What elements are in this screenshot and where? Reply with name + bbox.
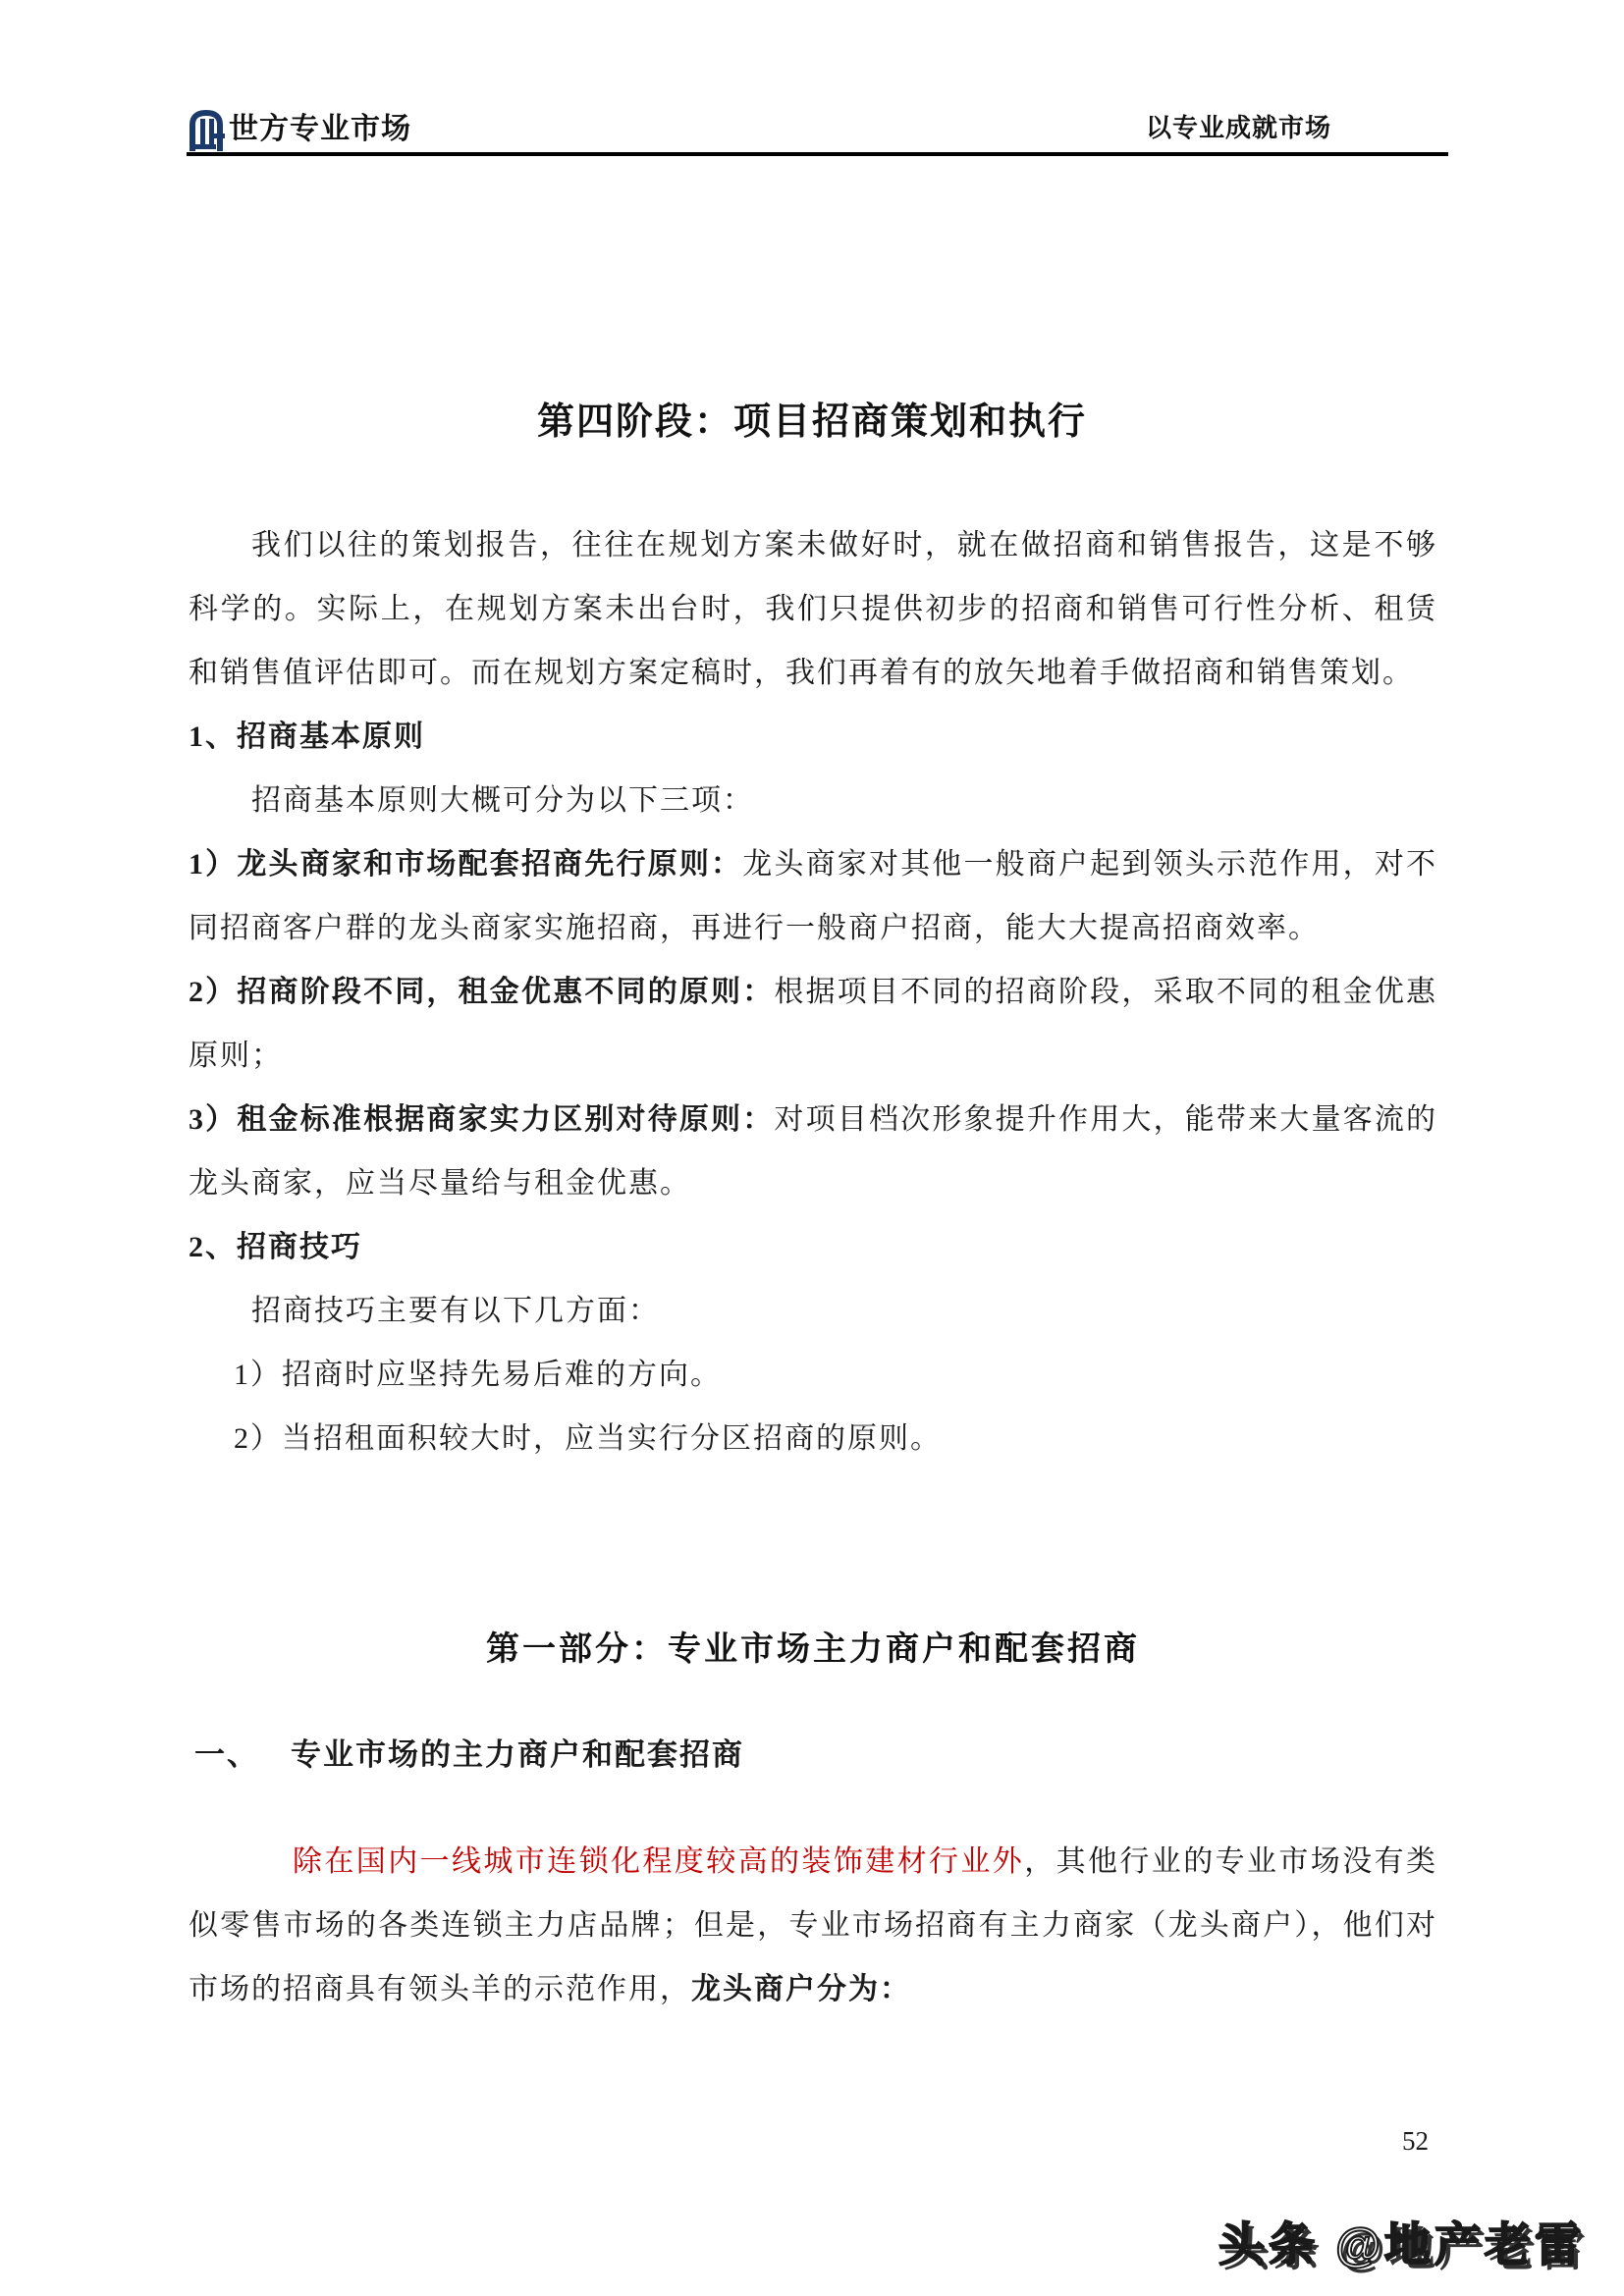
principle-1-label: 1）龙头商家和市场配套招商先行原则： (189, 848, 742, 881)
brand-name: 世方专业市场 (229, 115, 411, 144)
section-1-lead: 招商基本原则大概可分为以下三项： (189, 769, 1437, 832)
part-1-subheading: 一、专业市场的主力商户和配套招商 (189, 1723, 1437, 1787)
mainstore-paragraph-bold-tail: 龙头商户分为： (691, 1973, 911, 2005)
principle-item-1: 1）龙头商家和市场配套招商先行原则：龙头商家对其他一般商户起到领头示范作用，对不… (189, 832, 1437, 960)
brand: 世方专业市场 (187, 108, 411, 152)
section-2-lead: 招商技巧主要有以下几方面： (189, 1279, 1437, 1343)
subheading-text: 专业市场的主力商户和配套招商 (291, 1737, 744, 1772)
company-logo-icon (187, 108, 226, 153)
header-slogan: 以专业成就市场 (1146, 115, 1331, 140)
principle-3-label: 3）租金标准根据商家实力区别对待原则： (189, 1103, 774, 1136)
page-number: 52 (1402, 2126, 1429, 2157)
technique-item-2: 2）当招租面积较大时，应当实行分区招商的原则。 (189, 1407, 1437, 1470)
page-header: 世方专业市场 以专业成就市场 (187, 102, 1448, 156)
technique-item-1: 1）招商时应坚持先易后难的方向。 (189, 1343, 1437, 1407)
document-page: 世方专业市场 以专业成就市场 第四阶段：项目招商策划和执行 我们以往的策划报告，… (0, 0, 1624, 2296)
section-2-heading: 2、招商技巧 (189, 1215, 1437, 1279)
section-1-heading: 1、招商基本原则 (189, 705, 1437, 769)
red-highlight-text: 除在国内一线城市连锁化程度较高的装饰建材行业外 (293, 1845, 1024, 1878)
part-1-title: 第一部分：专业市场主力商户和配套招商 (189, 1618, 1437, 1682)
intro-paragraph: 我们以往的策划报告，往往在规划方案未做好时，就在做招商和销售报告，这是不够科学的… (189, 513, 1437, 705)
watermark: 头条 @地产老雷 (1218, 2209, 1585, 2274)
principle-item-3: 3）租金标准根据商家实力区别对待原则：对项目档次形象提升作用大，能带来大量客流的… (189, 1088, 1437, 1215)
subheading-number: 一、 (194, 1737, 259, 1772)
mainstore-paragraph: 除在国内一线城市连锁化程度较高的装饰建材行业外，其他行业的专业市场没有类似零售市… (189, 1830, 1437, 2021)
document-body: 我们以往的策划报告，往往在规划方案未做好时，就在做招商和销售报告，这是不够科学的… (189, 513, 1437, 2021)
principle-2-label: 2）招商阶段不同，租金优惠不同的原则： (189, 976, 774, 1008)
document-title: 第四阶段：项目招商策划和执行 (0, 391, 1624, 445)
principle-item-2: 2）招商阶段不同，租金优惠不同的原则：根据项目不同的招商阶段，采取不同的租金优惠… (189, 960, 1437, 1088)
